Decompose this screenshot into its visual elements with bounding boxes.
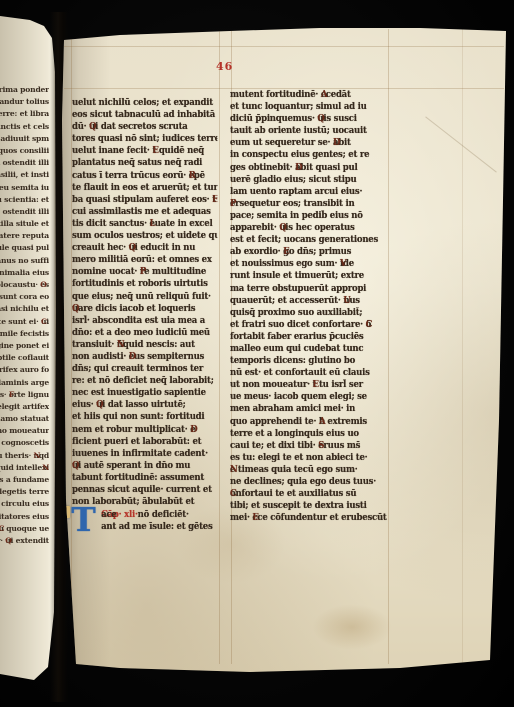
text-line: apparebit· Quis hec operatus bbox=[230, 222, 387, 234]
text-line: Ne timeas quia tecū ego sum· bbox=[230, 464, 387, 476]
text-line: ne declines; quia ego deus tuus· bbox=[230, 476, 387, 488]
text-line: nu theris· Nuqd bbox=[0, 450, 49, 462]
text-line: nabis a fundame bbox=[0, 474, 49, 486]
text-line: te flauit in eos et aruerūt; et tur bbox=[72, 182, 218, 194]
text-line: uelut nichilū celos; et expandit bbox=[72, 97, 218, 109]
text-line: ti, statere reputa bbox=[0, 230, 49, 242]
text-line: insule quasi pul bbox=[0, 242, 49, 254]
parchment-stain bbox=[312, 604, 392, 650]
text-line: ate sunt ei· Cui bbox=[0, 316, 49, 328]
text-line: quisq̄ proximo suo auxiliabit̄; bbox=[230, 307, 387, 319]
text-line: creauit hec· Qui educit in nu bbox=[72, 242, 218, 254]
text-line: holocaustu· Oes bbox=[0, 279, 49, 291]
text-line: eos sicut tabnaculū ad inhabitā bbox=[72, 109, 218, 121]
text-line: uerē gladio eius; sicut stipu bbox=[230, 174, 387, 186]
text-line: tauit ab oriente iustū; uocauit bbox=[230, 125, 387, 137]
text-line: le elegit artifex bbox=[0, 401, 49, 413]
text-line: uit eu semita iu bbox=[0, 182, 49, 194]
ruling-line-vertical bbox=[219, 30, 220, 664]
text-line: in conspectu eius gentes; et re bbox=[230, 149, 387, 161]
text-line: sic sunt cora eo bbox=[0, 291, 49, 303]
text-line: t· Cu quoque ue bbox=[0, 523, 49, 535]
text-line: pace; semita in pedib̄ eius nō bbox=[230, 210, 387, 222]
text-line: ir· Qui extendit bbox=[0, 535, 49, 547]
text-line: ab exordio· Ego dn̄s; primus bbox=[230, 246, 387, 258]
text-line: plantatus neq̄ satus neq̄ radi bbox=[72, 157, 218, 169]
text-line: es tu: elegi te et non abieci te· bbox=[230, 452, 387, 464]
ruling-line-vertical bbox=[462, 29, 463, 664]
text-line: m terre: et libra bbox=[0, 108, 49, 120]
text-line: sculptile coflauit bbox=[0, 352, 49, 364]
text-line: uis adiuuit spm bbox=[0, 133, 49, 145]
text-line: une ostendit illi· bbox=[0, 206, 49, 218]
text-line: dn̄o: et a deo meo iudiciū meū bbox=[72, 327, 218, 339]
text-line: Persequetur eos; transibit in bbox=[230, 198, 387, 210]
text-line: ue meus· iacob quem elegi; se bbox=[230, 391, 387, 403]
text-line: e cunctis et cels bbox=[0, 121, 49, 133]
text-line: ntellegetis terre· bbox=[0, 486, 49, 498]
text-line: eu circulu eius· bbox=[0, 498, 49, 510]
text-line: terre et a longinquis eius uo bbox=[230, 428, 387, 440]
text-line: fortitudinis et roboris uirtutis bbox=[72, 278, 218, 290]
text-line: tis dicit sanctus· Leuate in excel bbox=[72, 218, 218, 230]
chapter-line-2: ant ad me īsule: et gētes bbox=[72, 521, 218, 533]
text-line: ba quasi stipulam auferet eos· Et bbox=[72, 194, 218, 206]
text-line: catus ī terra trūcus eorū· Repē bbox=[72, 170, 218, 182]
manuscript-page: 46 uelut nichilū celos; et expanditeos s… bbox=[56, 24, 508, 674]
text-line: fortabit faber erarius p̄cuciēs bbox=[230, 331, 387, 343]
text-line: mutent fortitudinē· Accedāt bbox=[230, 89, 387, 101]
text-line: et fratri suo dicet confortare· Cō bbox=[230, 319, 387, 331]
text-line: ges obtinebit· Dabit quasi pul bbox=[230, 162, 387, 174]
text-line: Qui autē sperant in dn̄o mu bbox=[72, 460, 218, 472]
text-line: eius· Qui dat lasso uirtutē; bbox=[72, 399, 218, 411]
text-line: simile fecistis bbox=[0, 328, 49, 340]
text-line: diciū p̄pinquemus· Quis susci bbox=[230, 113, 387, 125]
text-line: quasi nichilu et bbox=[0, 303, 49, 315]
text-line: nem et robur multiplicat· De bbox=[72, 424, 218, 436]
text-column-left: uelut nichilū celos; et expanditeos sicu… bbox=[72, 97, 218, 509]
chapter-line-1: ace Cāp· xli· nō deficiēt· bbox=[72, 509, 218, 521]
text-line: on cognoscetis· bbox=[0, 437, 49, 449]
text-line: uelut inane fecit· Et quidē neq̄ bbox=[72, 145, 218, 157]
text-line: Nuquid intellexi bbox=[0, 462, 49, 474]
text-line: runt insule et timuerūt; extre bbox=[230, 270, 387, 282]
chapter-opening-lines: ace Cāp· xli· nō deficiēt· ant ad me īsu… bbox=[72, 509, 218, 535]
text-line: ut quos consilii bbox=[0, 145, 49, 157]
text-line: lam uento raptam arcui eius· bbox=[230, 186, 387, 198]
text-line: eum ut sequeretur se· Dabit bbox=[230, 137, 387, 149]
text-line: a prima ponder bbox=[0, 84, 49, 96]
text-line: habitatores eius bbox=[0, 511, 49, 523]
text-line: est et fecit; uocans generationes bbox=[230, 234, 387, 246]
facing-page-text: a prima ponderagandur toliusm terre: et … bbox=[0, 84, 49, 554]
text-column-right: mutent fortitudinē· Accedātet tunc loqua… bbox=[230, 89, 387, 527]
text-line: que eius; neq̄ unū reliquū fuit· bbox=[72, 291, 218, 303]
text-line: Quare dicis iacob et loqueris bbox=[72, 303, 218, 315]
text-line: et animalia eius bbox=[0, 267, 49, 279]
text-line: Confortaui te et auxiliatus sū bbox=[230, 488, 387, 500]
text-line: tabunt fortitudinē: assument bbox=[72, 472, 218, 484]
chapter-line1-pre: ace bbox=[101, 509, 116, 521]
ruling-line-vertical bbox=[388, 29, 389, 664]
text-line: temporis dicens: glutino bo bbox=[230, 355, 387, 367]
text-line: s no moueatur· bbox=[0, 425, 49, 437]
text-line: mero militiā eorū: et omnes ex bbox=[72, 254, 218, 266]
text-line: ibanus no suffi bbox=[0, 255, 49, 267]
text-line: agine ponet ei bbox=[0, 340, 49, 352]
text-line: sum oculos uestros; et uidete quis bbox=[72, 230, 218, 242]
text-line: caui te; et dixi tibi· Seruus ms̄ bbox=[230, 440, 387, 452]
text-line: nec est inuestigatio sapientie bbox=[72, 387, 218, 399]
ruling-line-horizontal bbox=[64, 46, 504, 47]
text-line: dū· Qui dat secretos scruta bbox=[72, 121, 218, 133]
text-line: tibi; et suscepit te dextra iusti bbox=[230, 500, 387, 512]
text-line: agandur tolius bbox=[0, 96, 49, 108]
text-line: nū est· et confortauit eū clauis bbox=[230, 367, 387, 379]
text-line: nomine uocat· Pre multitudine bbox=[72, 266, 218, 278]
text-line: uit eu scientia: et bbox=[0, 194, 49, 206]
text-line: et tunc loquantur; simul ad iu bbox=[230, 101, 387, 113]
text-line: pennas sicut aquile· current et bbox=[72, 484, 218, 496]
text-line: men abraham amici mei· in bbox=[230, 403, 387, 415]
text-line: tores quasi nō sint; iudices terre bbox=[72, 133, 218, 145]
text-line: aurifex auro fo bbox=[0, 364, 49, 376]
text-line: ma terre obstupuerūt appropi bbox=[230, 283, 387, 295]
text-line: et nouissimus ego sum· Vide bbox=[230, 258, 387, 270]
text-line: malleo eum qui cudebat tunc bbox=[230, 343, 387, 355]
text-line: isrl̄· abscondita est uia mea a bbox=[72, 315, 218, 327]
text-line: ut non moueatur· Et tu isrl̄ ser bbox=[230, 379, 387, 391]
text-line: mus· Forte lignu bbox=[0, 389, 49, 401]
text-line: r quamo statuat bbox=[0, 413, 49, 425]
text-line: dn̄s; qui creauit terminos ter bbox=[72, 363, 218, 375]
folio-number: 46 bbox=[216, 60, 246, 74]
chapter-line1-post: nō deficiēt· bbox=[138, 509, 189, 521]
text-line: cui assimilastis me et adequas bbox=[72, 206, 218, 218]
text-line: ficient pueri et laborabūt: et bbox=[72, 436, 218, 448]
text-line: iuuenes in infirmitate cadent· bbox=[72, 448, 218, 460]
text-line: er laminis arge bbox=[0, 377, 49, 389]
text-line: quo apprehendi te· Ab extremis bbox=[230, 416, 387, 428]
text-line: quauerūt; et accesserūt· Unus bbox=[230, 295, 387, 307]
text-line: et hiis qui non sunt: fortitudi bbox=[72, 411, 218, 423]
text-line: non audisti· Deus sempiternus bbox=[72, 351, 218, 363]
text-line: transiuit· Nūquid nescis: aut bbox=[72, 339, 218, 351]
text-line: consilii, et insti bbox=[0, 169, 49, 181]
text-line: et ostendit illi· bbox=[0, 157, 49, 169]
text-line: si stilla situle et bbox=[0, 218, 49, 230]
text-line: mei· Ecce cōfundentur et erubescūt bbox=[230, 512, 387, 524]
text-line: re: et nō deficiet neq̄ laborabit; bbox=[72, 375, 218, 387]
manuscript-photo: a prima ponderagandur toliusm terre: et … bbox=[0, 0, 514, 707]
